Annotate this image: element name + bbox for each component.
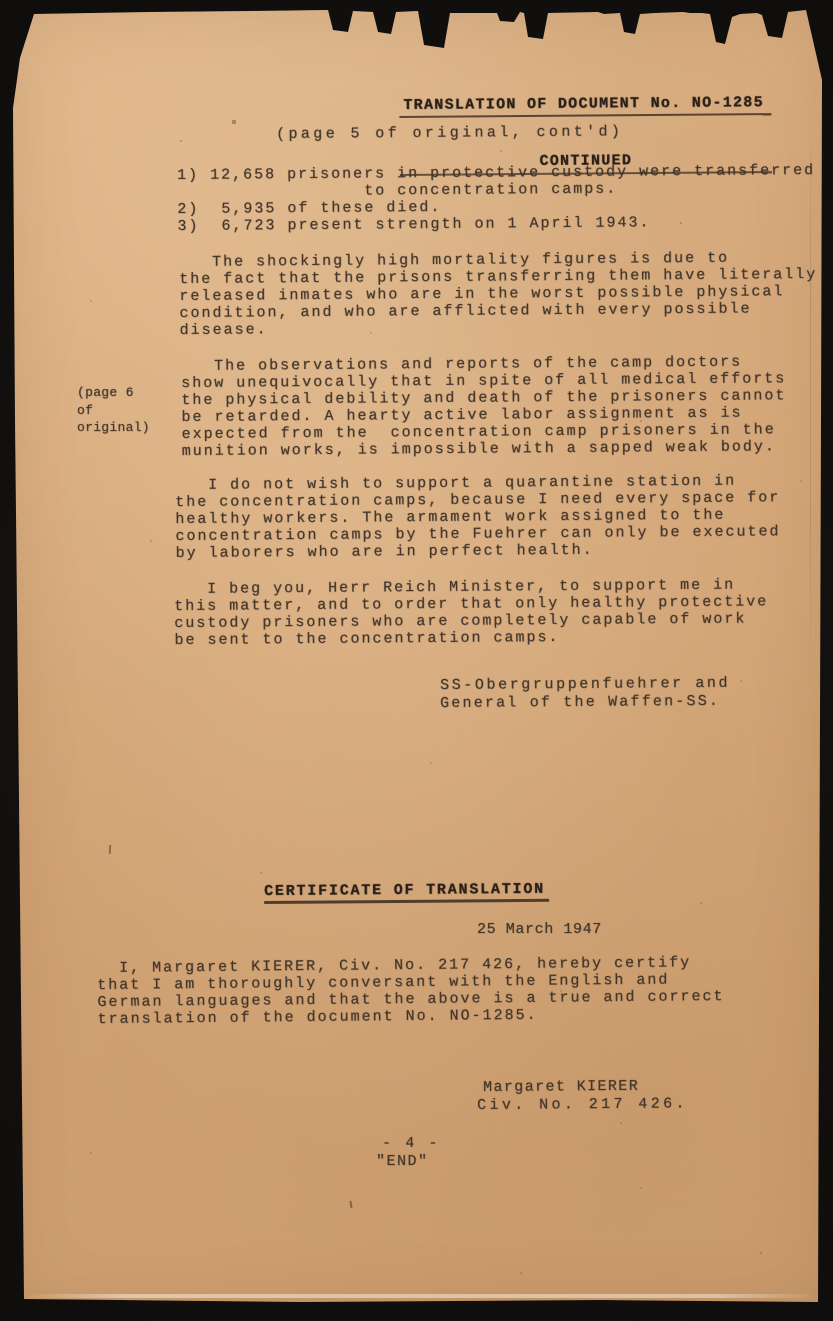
certificate-date: 25 March 1947 xyxy=(477,921,602,938)
ink-tick-mark xyxy=(109,845,111,854)
paragraph-mortality: The shockingly high mortality figures is… xyxy=(179,249,818,339)
end-mark: "END" xyxy=(376,1153,429,1170)
certificate-body: I, Margaret KIERER, Civ. No. 217 426, he… xyxy=(97,954,725,1028)
signature-title-line2: General of the Waffen-SS. xyxy=(440,693,720,712)
paragraph-quarantine: I do not wish to support a quarantine st… xyxy=(175,472,781,562)
signature-title-line1: SS-Obergruppenfuehrer and xyxy=(440,675,730,694)
page-6-margin-note: (page 6 of original) xyxy=(77,384,150,437)
translator-civ-number: Civ. No. 217 426. xyxy=(477,1095,688,1114)
prisoner-statistics-list: 1) 12,658 prisoners in protective custod… xyxy=(177,162,816,235)
certificate-heading: CERTIFICATE OF TRANSLATION xyxy=(264,881,549,904)
page-number: - 4 - xyxy=(382,1135,440,1152)
header-title: TRANSLATION OF DOCUMENT No. NO-1285 xyxy=(399,94,771,118)
document-page: TRANSLATION OF DOCUMENT No. NO-1285 CONT… xyxy=(0,0,833,1321)
paragraph-request: I beg you, Herr Reich Minister, to suppo… xyxy=(174,576,769,649)
paper-crease xyxy=(810,110,811,690)
paper-specks xyxy=(0,0,2,2)
translator-name: Margaret KIERER xyxy=(483,1078,639,1096)
paragraph-observations: The observations and reports of the camp… xyxy=(181,353,787,460)
scan-edge-highlight xyxy=(30,1294,810,1298)
scanned-document-canvas: TRANSLATION OF DOCUMENT No. NO-1285 CONT… xyxy=(0,0,833,1321)
page-5-note: (page 5 of original, cont'd) xyxy=(276,123,623,143)
